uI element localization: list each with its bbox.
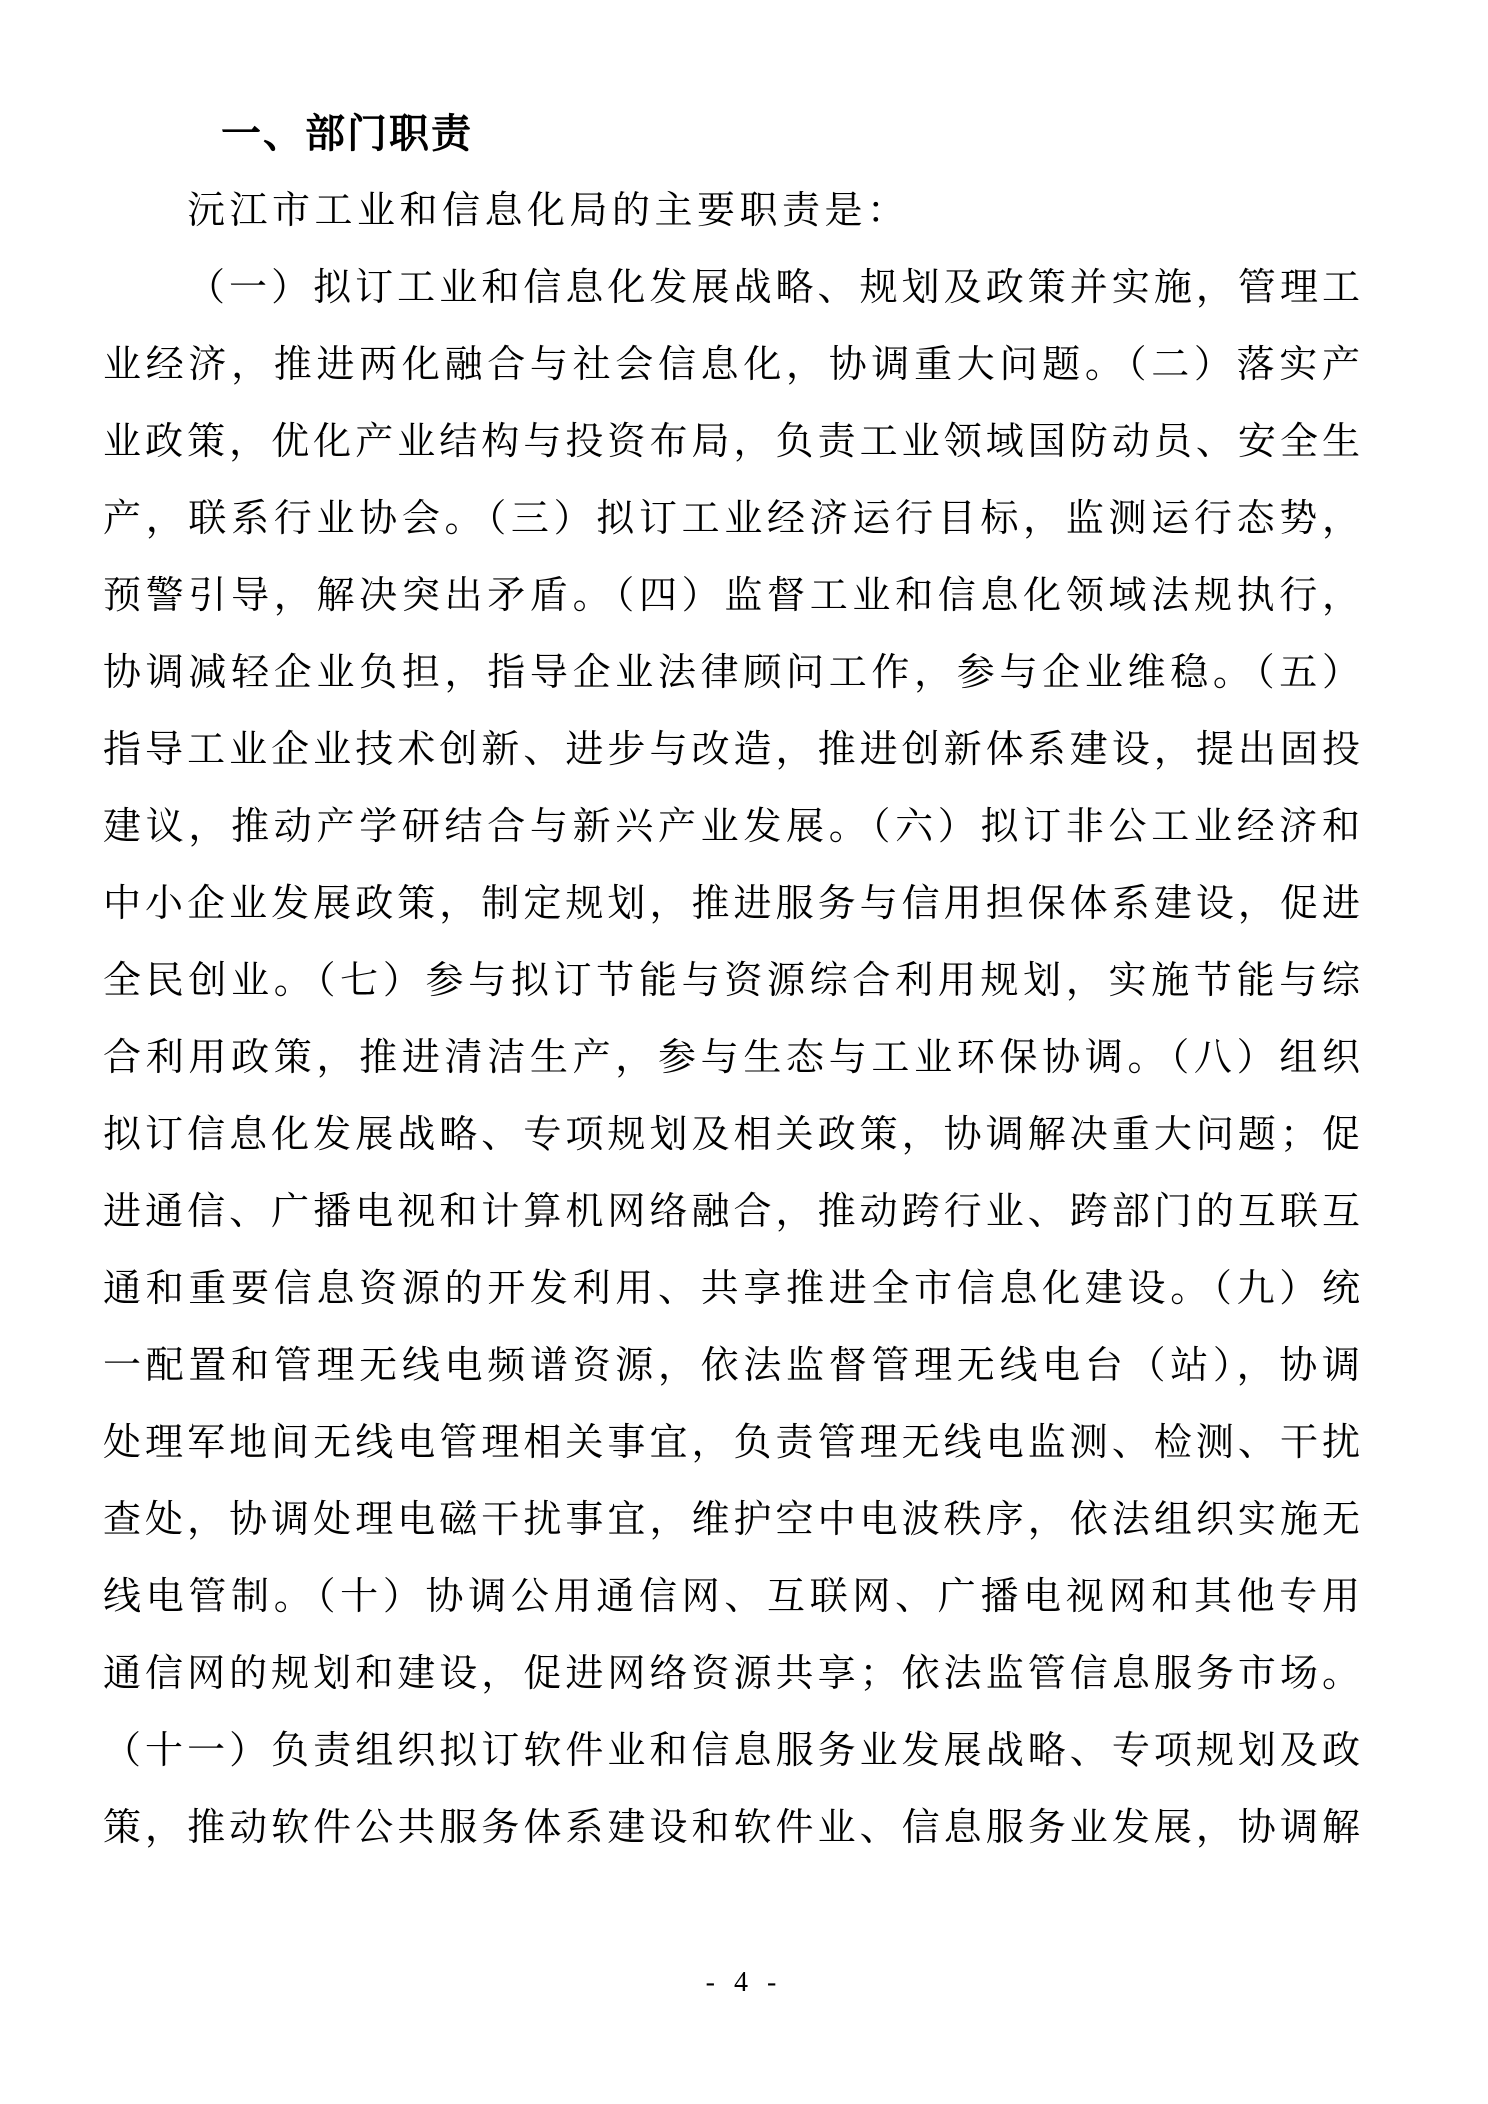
document-line: 进通信、广播电视和计算机网络融合，推动跨行业、跨部门的互联互 (103, 1174, 1360, 1251)
document-line: 通信网的规划和建设，促进网络资源共享；依法监管信息服务市场。 (103, 1636, 1360, 1713)
document-line: 通和重要信息资源的开发利用、共享推进全市信息化建设。（九）统 (103, 1251, 1360, 1328)
document-line: 合利用政策，推进清洁生产，参与生态与工业环保协调。（八）组织 (103, 1020, 1360, 1097)
document-page: 一、部门职责 沅江市工业和信息化局的主要职责是： （一）拟订工业和信息化发展战略… (0, 0, 1488, 2104)
document-line: 查处，协调处理电磁干扰事宜，维护空中电波秩序，依法组织实施无 (103, 1482, 1360, 1559)
document-line: 产，联系行业协会。（三）拟订工业经济运行目标，监测运行态势， (103, 481, 1360, 558)
document-line: 线电管制。（十）协调公用通信网、互联网、广播电视网和其他专用 (103, 1559, 1360, 1636)
document-line: 拟订信息化发展战略、专项规划及相关政策，协调解决重大问题；促 (103, 1097, 1360, 1174)
document-line: 建议，推动产学研结合与新兴产业发展。（六）拟订非公工业经济和 (103, 789, 1360, 866)
document-line: 指导工业企业技术创新、进步与改造，推进创新体系建设，提出固投 (103, 712, 1360, 789)
page-number: - 4 - (0, 1944, 1488, 2021)
document-line: 业政策，优化产业结构与投资布局，负责工业领域国防动员、安全生 (103, 404, 1360, 481)
document-line: 一配置和管理无线电频谱资源，依法监督管理无线电台（站），协调 (103, 1328, 1360, 1405)
document-line: 预警引导，解决突出矛盾。（四）监督工业和信息化领域法规执行， (103, 558, 1360, 635)
document-line: 沅江市工业和信息化局的主要职责是： (103, 173, 1360, 250)
document-line: 全民创业。（七）参与拟订节能与资源综合利用规划，实施节能与综 (103, 943, 1360, 1020)
document-line: 处理军地间无线电管理相关事宜，负责管理无线电监测、检测、干扰 (103, 1405, 1360, 1482)
document-line: 业经济，推进两化融合与社会信息化，协调重大问题。（二）落实产 (103, 327, 1360, 404)
document-line: 协调减轻企业负担，指导企业法律顾问工作，参与企业维稳。（五） (103, 635, 1360, 712)
document-body: 一、部门职责 沅江市工业和信息化局的主要职责是： （一）拟订工业和信息化发展战略… (103, 96, 1360, 1867)
document-line: （一）拟订工业和信息化发展战略、规划及政策并实施，管理工 (103, 250, 1360, 327)
section-heading: 一、部门职责 (103, 96, 1360, 173)
document-line: 策，推动软件公共服务体系建设和软件业、信息服务业发展，协调解 (103, 1790, 1360, 1867)
document-line: （十一）负责组织拟订软件业和信息服务业发展战略、专项规划及政 (103, 1713, 1360, 1790)
document-line: 中小企业发展政策，制定规划，推进服务与信用担保体系建设，促进 (103, 866, 1360, 943)
